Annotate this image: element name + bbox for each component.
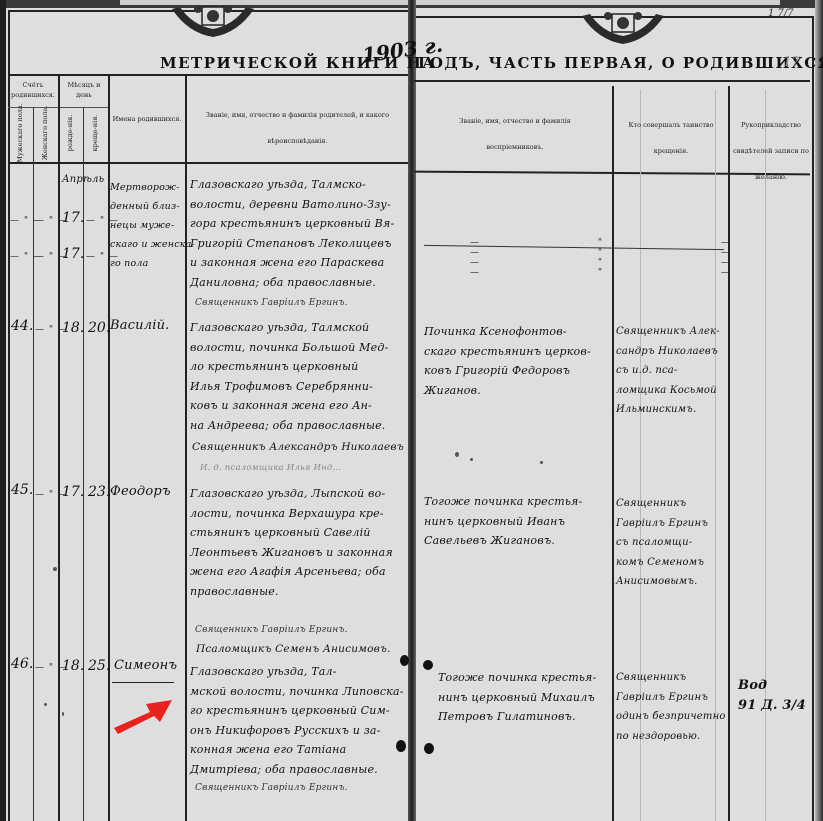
record-witness-signature: Вод 91 Д. 3/4 [738, 676, 806, 716]
imperial-emblem-icon-right [578, 10, 668, 46]
ink-blot [424, 743, 434, 754]
record-born-day-2: 17. [62, 246, 84, 262]
record-baptized-day: 20. [88, 320, 110, 336]
record-name: Симеонъ [114, 656, 177, 676]
name-line: денный близ- [110, 197, 195, 216]
priest-line: Гавріилъ Ергинъ [616, 688, 726, 708]
signature-line: 91 Д. 3/4 [738, 696, 806, 716]
parents-line: конная жена его Татіана [190, 740, 404, 760]
top-mark: 1 7/7 [768, 8, 794, 19]
parents-line: волости, деревни Ватолино-Ззу- [190, 195, 394, 215]
priest-line: Анисимовымъ. [616, 572, 708, 592]
record-parents-signature: Священникъ Гавріилъ Ергинъ. [195, 624, 348, 636]
parents-line: Леонтьевъ Жигановъ и законная [190, 543, 393, 563]
parents-line: Глазовскаго уѣзда, Талмско- [190, 175, 394, 195]
metric-book-page: МЕТРИЧЕСКОЙ КНИГИ НА 1903 г. ГОДЪ, ЧАСТЬ… [0, 0, 823, 821]
record-name: Василій. [110, 316, 170, 336]
col-divider-count-month [58, 75, 60, 821]
name-underline [112, 682, 174, 683]
ink-speck [44, 703, 47, 706]
ink-blot [396, 740, 406, 752]
record-parents-note: И. д. псаломщика Илья Инд... [200, 462, 341, 474]
record-godparents: Тогоже починка крестья- нинъ церковный И… [424, 492, 582, 551]
record-month: Апрѣль [62, 170, 104, 190]
priest-line: Гавріилъ Ергинъ [616, 514, 708, 534]
book-spine [408, 0, 416, 821]
col-divider-male-female [33, 107, 34, 821]
parents-line: Илья Трофимовъ Серебрянни- [190, 377, 388, 397]
record-born-day: 17. [62, 484, 84, 500]
parents-line: стьянинъ церковный Савелій [190, 523, 393, 543]
ink-blot [423, 660, 433, 670]
col-divider-godparents-priest [612, 86, 614, 821]
header-name: Имена родившихся. [110, 114, 184, 124]
priest-line: Священникъ [616, 494, 708, 514]
parents-line: Глазовскаго уѣзда, Лыпской во- [190, 484, 393, 504]
record-godparents: Тогоже починка крестья- нинъ церковный М… [438, 668, 596, 727]
record-parents-signature: Священникъ Гавріилъ Ергинъ. [195, 297, 348, 309]
name-line: го пола [110, 254, 195, 273]
record-number: 46. [11, 656, 33, 672]
page-number: 17 [783, 55, 800, 70]
header-month-group: Мѣсяцъ и день [60, 80, 108, 100]
signature-line: Вод [738, 676, 806, 696]
header-female: Женскаго пола. [40, 103, 50, 163]
scan-left-edge [0, 0, 6, 821]
header-signatures: Рукоприкладство свидѣтелей записи по жел… [731, 112, 811, 190]
godparents-line: Починка Ксенофонтов- [424, 322, 591, 342]
ink-speck [470, 458, 473, 461]
godparents-ditto: — " — — " — — " — — " — [470, 238, 823, 278]
parents-line: на Андреева; оба православные. [190, 416, 388, 436]
ink-speck [53, 567, 57, 571]
parents-line: и законная жена его Параскева [190, 253, 394, 273]
scan-right-edge [815, 0, 823, 821]
parents-line: лости, починка Верхашура кре- [190, 504, 393, 524]
godparents-line: скаго крестьянинъ церков- [424, 342, 591, 362]
header-count-group: Счётъ родившихся. [9, 80, 57, 100]
header-top-rule-left [8, 74, 408, 76]
godparents-line: Савельевъ Жигановъ. [424, 531, 582, 551]
parents-line: Григорій Степановъ Леколицевъ [190, 234, 394, 254]
priest-line: по нездоровью. [616, 727, 726, 747]
ink-speck [540, 461, 543, 464]
parents-line: ковъ и законная жена его Ан- [190, 396, 388, 416]
godparents-line: ковъ Григорій Федоровъ [424, 361, 591, 381]
ink-speck [62, 712, 64, 716]
ink-blot [400, 655, 409, 666]
record-parents-signature: Священникъ Гавріилъ Ергинъ. [195, 782, 348, 794]
parents-line: гора крестьянинъ церковный Вя- [190, 214, 394, 234]
godparents-line: Тогоже починка крестья- [424, 492, 582, 512]
record-priest: Священникъ Алек- сандръ Николаевъ съ и.д… [616, 322, 720, 420]
parents-line: мской волости, починка Липовска- [190, 682, 404, 702]
parents-line: онъ Никифоровъ Русскихъ и за- [190, 721, 404, 741]
record-parents: Глазовскаго уѣзда, Тал- мской волости, п… [190, 662, 404, 779]
godparents-line: нинъ церковный Иванъ [424, 512, 582, 532]
parents-line: ло крестьянинъ церковный [190, 357, 388, 377]
red-arrow-icon [112, 698, 174, 736]
header-parents: Званіе, имя, отчество и фамилія родителе… [195, 102, 400, 154]
header-top-rule-right [414, 80, 810, 82]
record-baptized-day: 25. [88, 658, 110, 674]
parents-line: го крестьянинъ церковный Сим- [190, 701, 404, 721]
header-male: Мужескаго пола. [15, 103, 25, 163]
priest-line: одинъ безпричетно [616, 707, 726, 727]
priest-line: Ильминскимъ. [616, 400, 720, 420]
header-born: рожде-нія. [65, 103, 75, 163]
priest-line: Священникъ Алек- [616, 322, 720, 342]
record-number: 44. [11, 318, 33, 334]
name-line: нецы муже- [110, 216, 195, 235]
priest-line: съ и.д. пса- [616, 361, 720, 381]
parents-line: Глазовскаго уѣзда, Талмской [190, 318, 388, 338]
record-header-note: Псаломщикъ Семенъ Анисимовъ. [196, 640, 391, 660]
priest-line: комъ Семеномъ [616, 553, 708, 573]
name-line: скаго и женска- [110, 235, 195, 254]
imperial-emblem-icon-left [168, 3, 258, 39]
name-line: Мертворож- [110, 178, 195, 197]
record-name: Феодоръ [110, 482, 171, 502]
col-divider-priest-signature [728, 86, 730, 821]
record-parents-signature: Священникъ Александръ Николаевъ [192, 438, 404, 458]
record-godparents: Починка Ксенофонтов- скаго крестьянинъ ц… [424, 322, 591, 400]
record-name: Мертворож- денный близ- нецы муже- скаго… [110, 178, 195, 273]
record-priest: Священникъ Гавріилъ Ергинъ одинъ безприч… [616, 668, 726, 746]
priest-line: ломщика Косьмой [616, 381, 720, 401]
record-priest: Священникъ Гавріилъ Ергинъ съ псаломщи- … [616, 494, 708, 592]
record-baptized-day: 23. [88, 484, 110, 500]
godparents-line: нинъ церковный Михаилъ [438, 688, 596, 708]
ink-speck [455, 452, 459, 457]
header-godparents: Званіе, имя, отчество и фамилія воспріем… [430, 108, 600, 160]
record-born-day: 18. [62, 658, 84, 674]
record-parents: Глазовскаго уѣзда, Талмской волости, поч… [190, 318, 388, 435]
priest-line: Священникъ [616, 668, 726, 688]
record-parents: Глазовскаго уѣзда, Лыпской во- лости, по… [190, 484, 393, 601]
parents-line: православные. [190, 582, 393, 602]
parents-line: волости, починка Большой Мед- [190, 338, 388, 358]
priest-line: сандръ Николаевъ [616, 342, 720, 362]
record-number: 45. [11, 482, 33, 498]
record-born-day: 17. [62, 210, 84, 226]
priest-line: съ псаломщи- [616, 533, 708, 553]
godparents-line: Тогоже починка крестья- [438, 668, 596, 688]
parents-line: жена его Агафія Арсеньева; оба [190, 562, 393, 582]
header-baptized: креще-нія. [90, 103, 100, 163]
parents-line: Глазовскаго уѣзда, Тал- [190, 662, 404, 682]
godparents-line: Жиганов. [424, 381, 591, 401]
title-right: ГОДЪ, ЧАСТЬ ПЕРВАЯ, О РОДИВШИХСЯ. [418, 54, 823, 72]
godparents-line: Петровъ Гилатиновъ. [438, 707, 596, 727]
header-priest: Кто совершалъ таинство крещенія. [618, 112, 724, 164]
parents-line: Даниловна; оба православные. [190, 273, 394, 293]
record-born-day: 18. [62, 320, 84, 336]
parents-line: Дмитріева; оба православные. [190, 760, 404, 780]
record-parents: Глазовскаго уѣзда, Талмско- волости, дер… [190, 175, 394, 292]
